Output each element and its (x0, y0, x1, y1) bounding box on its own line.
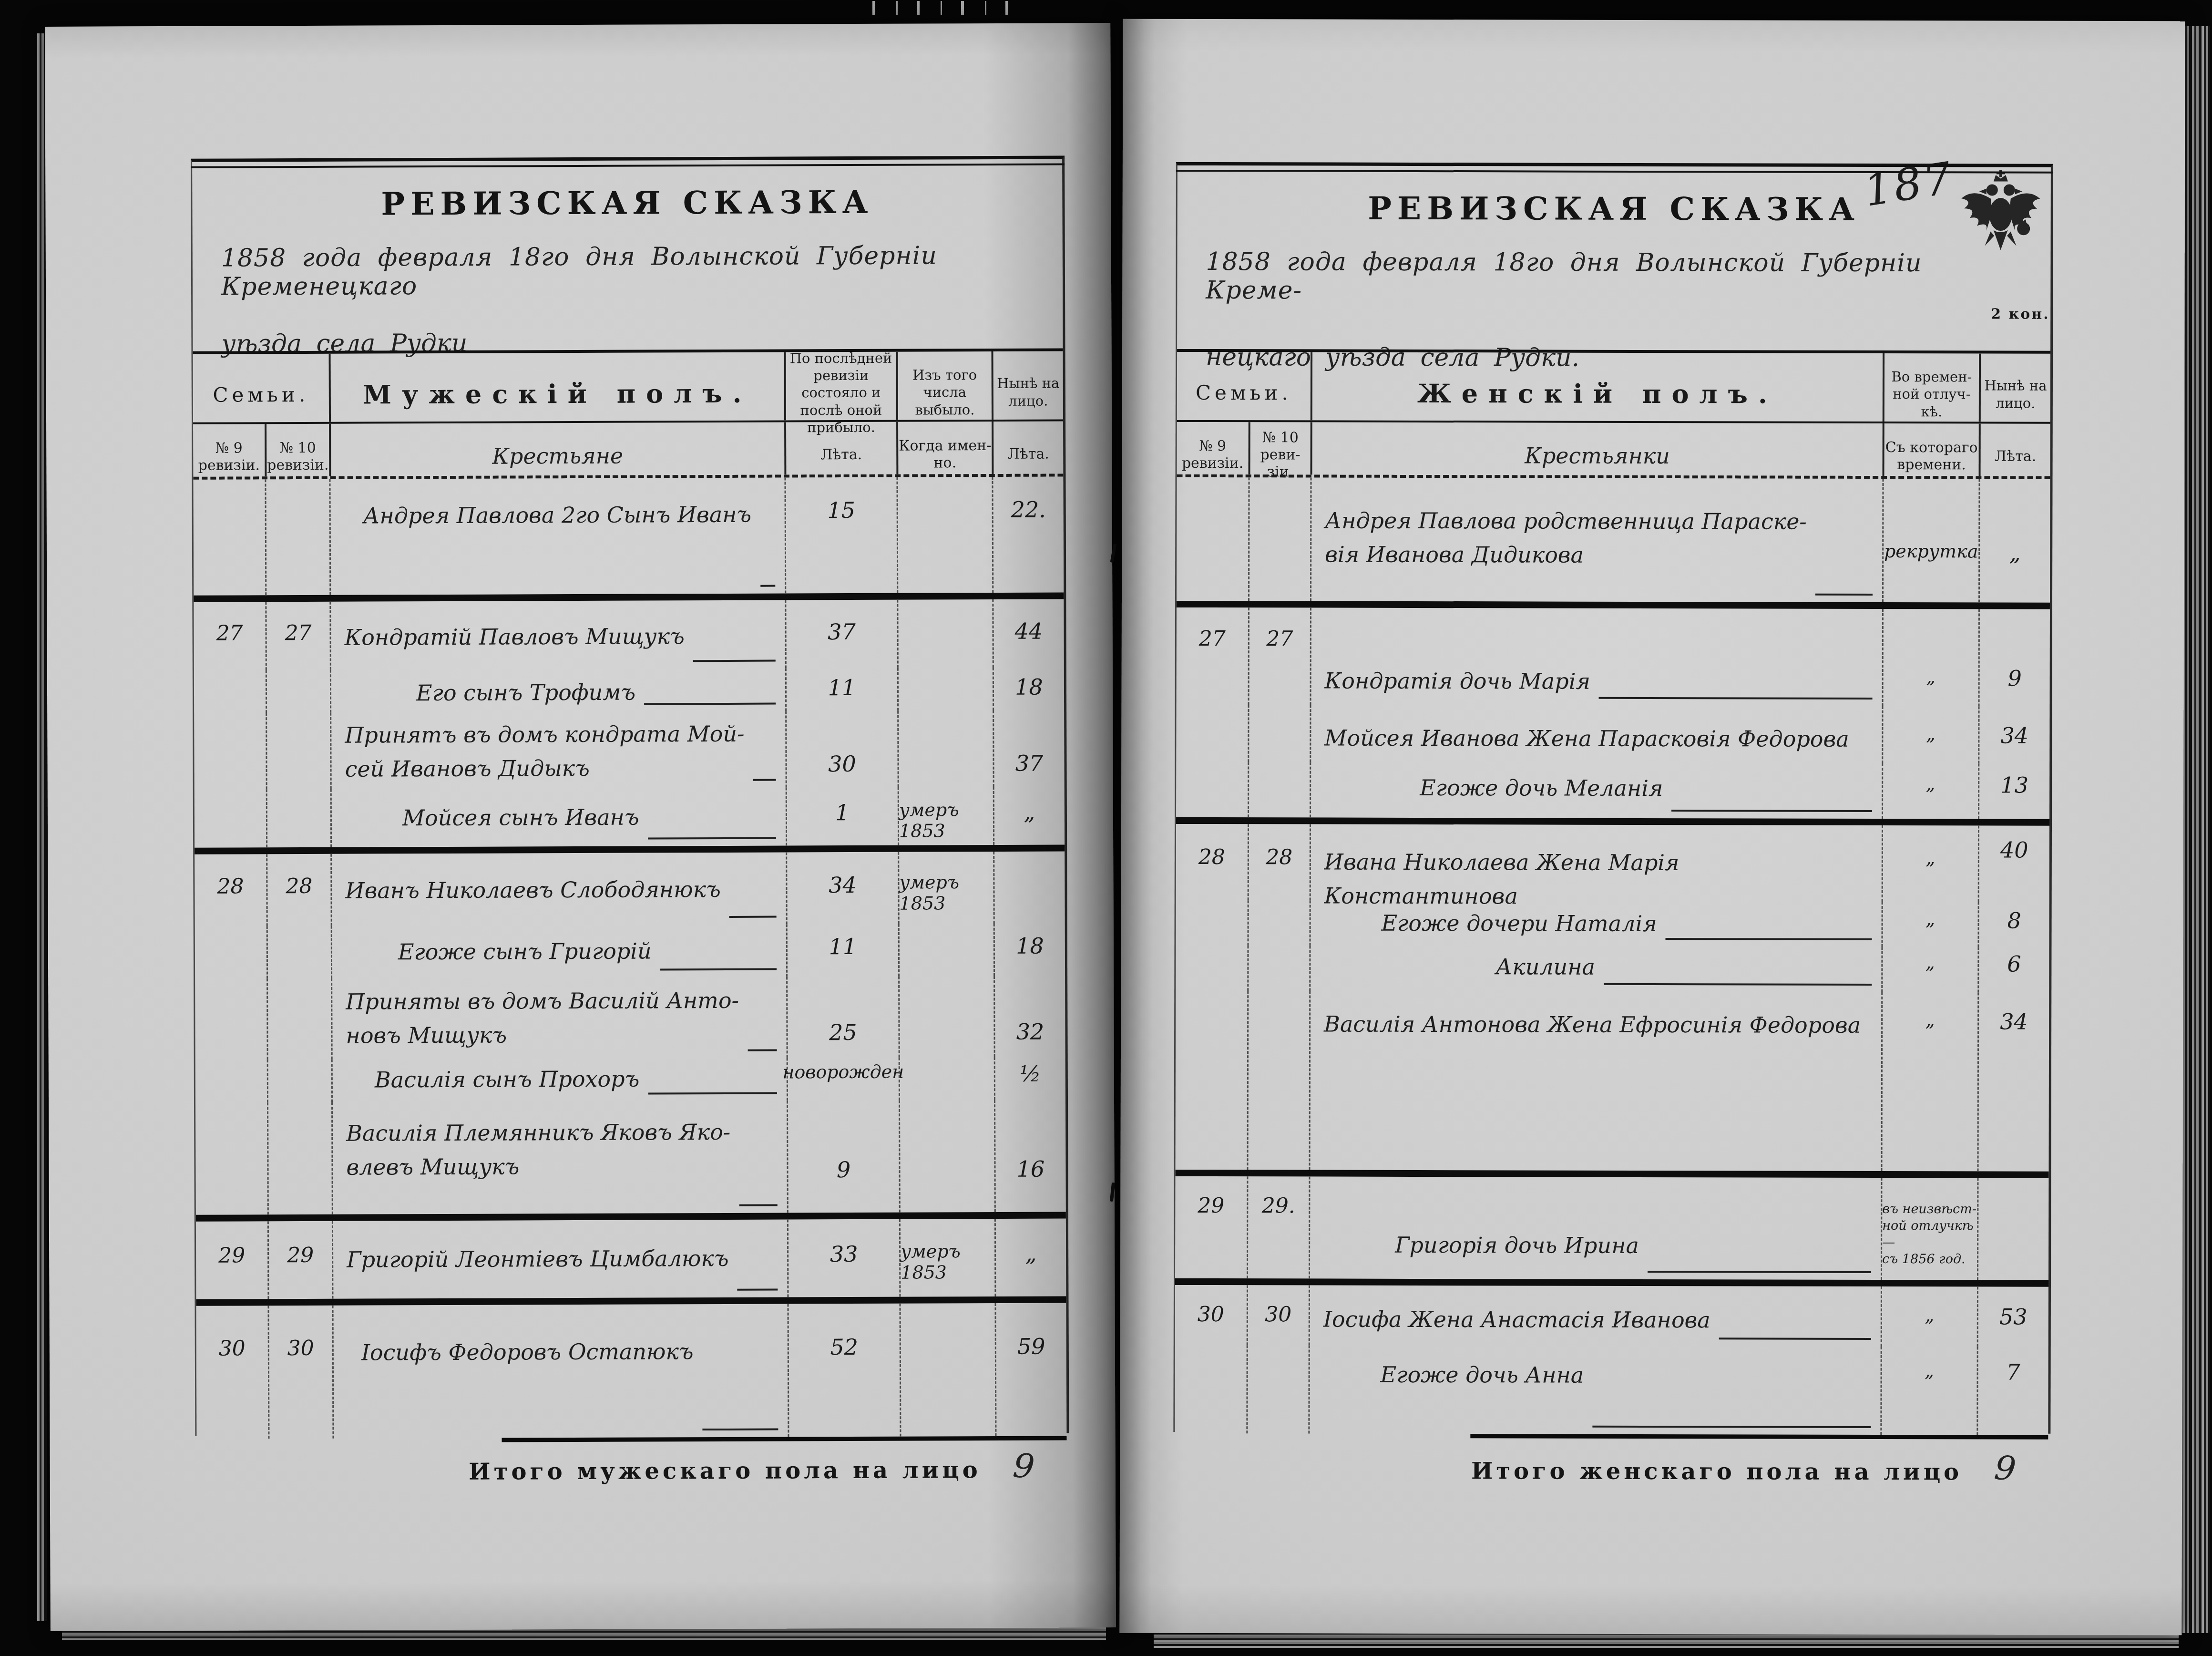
rev10-cell (266, 926, 331, 978)
header-male-sex: Мужескій полъ. (329, 352, 784, 422)
rev9-cell (1177, 477, 1249, 601)
age-now-cell: 18 (993, 667, 1064, 710)
name-cell: Василія Племянникъ Яковъ Яко- влевъ Мищу… (331, 1101, 787, 1214)
right-page-header: РЕВИЗСКАЯ СКАЗКА 1858 года февраля 18го … (1178, 165, 2051, 228)
header-rev9: № 9 реви­зіи. (193, 424, 265, 477)
register-row: Его сынъ Трофимъ 11 18 (194, 667, 1064, 713)
name-cell: Приняты въ домъ Василій Анто- новъ Мищук… (331, 977, 787, 1059)
right-page-frame: РЕВИЗСКАЯ СКАЗКА 1858 года февраля 18го … (1173, 162, 2053, 1434)
register-row: 27 27 Кондратія дочь Марія „ 9 (1177, 607, 2050, 707)
rev9-cell (1176, 900, 1247, 946)
register-row: 28 28 Ивана Николаева Жена Марія Констан… (1176, 824, 2049, 902)
name-cell: Егоже сынъ Григорій (331, 924, 786, 978)
register-row: Андрея Павлова родственница Параске- вія… (1177, 477, 2050, 603)
left-page-frame: РЕВИЗСКАЯ СКАЗКА 1858 года февраля 18го … (191, 155, 1069, 1436)
rev10-cell (266, 978, 331, 1059)
table-header-row-1: Семьи. Мужескій полъ. По послѣдней ревиз… (193, 351, 1064, 424)
name-cell: Ивана Николаева Жена Марія Константинова (1310, 824, 1882, 902)
name-cell: Василія сынъ Прохоръ (331, 1058, 787, 1102)
date-place-line-1: 1858 года февраля 18го дня Волынской Губ… (221, 241, 1044, 301)
age-now-cell: 44 (992, 599, 1064, 668)
header-family: Семьи. (193, 354, 329, 422)
underline-rule (729, 916, 777, 918)
header-since-when: Съ котораго времени. (1883, 423, 1979, 476)
rev10-cell (266, 670, 330, 713)
underline-rule (648, 1092, 777, 1095)
register-row: Егоже дочери Наталія „ 8 (1176, 900, 2049, 947)
underline-rule (1815, 594, 1873, 596)
age-prev-cell: 52 (787, 1304, 900, 1437)
since-cell: „ (1882, 763, 1978, 819)
age-now-cell: 59 (994, 1303, 1066, 1436)
male-register-table: Семьи. Мужескій полъ. По послѣдней ревиз… (193, 348, 1067, 1443)
when-cell: умеръ 1853 (898, 787, 993, 845)
rev10-cell (1247, 946, 1309, 991)
underline-rule (702, 1429, 778, 1431)
since-cell: „ (1882, 706, 1978, 763)
name-cell: Андрея Павлова 2го Сынъ Иванъ (329, 478, 785, 595)
age-prev-cell: 34 (786, 852, 898, 925)
rev9-cell: 29 (1175, 1176, 1247, 1278)
page-stack-edge-right (2182, 26, 2210, 1633)
age-cell: 53 (1977, 1286, 2048, 1347)
page-edge-fragment (853, 1, 1020, 15)
date-place-line-1: 1858 года февраля 18го дня Волынской Губ… (1206, 247, 2031, 307)
since-cell: „ (1881, 947, 1977, 992)
register-row: Егоже дочь Анна „ 7 (1175, 1345, 2048, 1435)
name-cell: Іосифъ Федоровъ Остапюкъ (332, 1304, 788, 1438)
rev10-cell (266, 713, 330, 789)
underline-rule (748, 1049, 777, 1051)
rev9-cell (195, 1102, 267, 1215)
header-peasants-label: Крестьянки (1311, 422, 1883, 476)
underline-rule (1671, 810, 1872, 812)
underline-rule (1666, 938, 1872, 940)
register-row: Мойсея Иванова Жена Парасковія Федорова … (1176, 705, 2049, 764)
register-row: Василія Племянникъ Яковъ Яко- влевъ Мищу… (195, 1100, 1066, 1214)
header-female-sex: Женскій полъ. (1311, 352, 1883, 422)
rev9-cell (1176, 762, 1248, 817)
header-age: Лѣта. (1979, 423, 2050, 476)
left-page-male: РЕВИЗСКАЯ СКАЗКА 1858 года февраля 18го … (45, 23, 1116, 1631)
rev9-cell: 28 (195, 854, 266, 926)
female-total-footer: Итого женскаго пола на лицо 9 (1175, 1447, 2048, 1488)
header-rev10: № 10 реви­зіи. (1249, 422, 1311, 474)
rev10-cell (1248, 705, 1310, 762)
register-row: Егоже сынъ Григорій 11 18 (195, 923, 1065, 978)
left-page-header: РЕВИЗСКАЯ СКАЗКА 1858 года февраля 18го … (192, 159, 1062, 223)
when-cell: умеръ 1853 (898, 852, 993, 924)
name-cell: Григорія дочь Ирина (1309, 1176, 1881, 1280)
underline-rule (1604, 983, 1872, 986)
underline-rule (739, 1204, 778, 1206)
register-row: 29 29. Григорія дочь Ирина въ неизвѣст- … (1175, 1176, 2048, 1280)
when-cell (899, 1100, 994, 1213)
rev10-cell (265, 479, 329, 595)
age-prev-cell: 37 (785, 600, 897, 669)
age-cell: „ (1978, 479, 2050, 602)
when-cell (896, 477, 992, 593)
age-now-cell: „ (994, 1218, 1066, 1296)
register-row: Приняты въ домъ Василій Анто- новъ Мищук… (195, 976, 1065, 1059)
rev9-cell (194, 713, 266, 790)
rev9-cell (1176, 946, 1247, 991)
name-cell: Егоже дочери Наталія (1309, 900, 1881, 947)
underline-rule (693, 660, 776, 662)
rev10-cell (1247, 991, 1309, 1170)
underline-rule (1592, 1426, 1871, 1428)
name-cell: Григорій Леонтіевъ Цимбалюкъ (332, 1219, 788, 1298)
age-cell: 34 (1978, 706, 2049, 763)
age-cell: 7 (1976, 1347, 2048, 1435)
register-row: Андрея Павлова 2го Сынъ Иванъ 15 22. (193, 476, 1064, 595)
rev10-cell (1246, 1345, 1308, 1433)
since-cell: „ (1882, 609, 1978, 706)
register-row: 29 29 Григорій Леонтіевъ Цимбалюкъ 33 ум… (196, 1218, 1066, 1299)
name-cell: Іосифа Жена Анастасія Иванова (1309, 1285, 1881, 1347)
rev9-cell (1176, 705, 1248, 762)
header-age: Лѣта. (784, 422, 896, 475)
since-cell: рекрутка (1882, 479, 1979, 602)
underline-rule (760, 585, 775, 587)
rev9-cell: 30 (1175, 1285, 1247, 1345)
when-cell (897, 599, 992, 668)
header-present: Нынѣ на лицо. (992, 351, 1063, 420)
rev9-cell (1175, 991, 1247, 1170)
rev9-cell (195, 789, 266, 848)
male-total-footer: Итого мужескаго пола на лицо 9 (197, 1446, 1067, 1488)
total-value: 9 (979, 1442, 1068, 1490)
rev10-cell: 30 (267, 1306, 332, 1439)
header-peasants-label: Крестьяне (329, 422, 784, 476)
age-now-cell: 32 (993, 976, 1065, 1057)
rev9-cell: 27 (194, 602, 265, 670)
name-cell: Принятъ въ домъ кондрата Мой- сей Иванов… (330, 711, 786, 789)
age-prev-cell: 11 (786, 924, 898, 977)
table-header-row-2: № 9 реви­зіи. № 10 реви­зіи. Крестьянки … (1177, 422, 2050, 479)
age-now-cell: „ (993, 786, 1065, 845)
table-header-row-2: № 9 реви­зіи. № 10 реви­зіи. Крестьяне Л… (193, 421, 1063, 479)
since-cell: въ неизвѣст- ной отлучкѣ — съ 1856 год. (1881, 1178, 1977, 1280)
header-when-exactly: Когда имен­но. (896, 422, 992, 474)
rev10-cell: 30 (1247, 1285, 1309, 1345)
name-cell: Андрея Павлова родственница Параске- вія… (1310, 477, 1883, 602)
female-register-table: Семьи. Женскій полъ. Во времен­ной отлуч… (1175, 349, 2050, 1440)
age-now-cell: 16 (994, 1100, 1066, 1212)
scanned-book-spread: РЕВИЗСКАЯ СКАЗКА 1858 года февраля 18го … (0, 0, 2212, 1656)
rev10-cell: 28 (1248, 824, 1310, 900)
rev9-cell: 29 (196, 1221, 268, 1299)
when-cell (899, 1303, 995, 1437)
name-cell: Кондратій Павловъ Мищукъ (329, 600, 785, 670)
rev9-cell (195, 1059, 267, 1103)
register-row: Мойсея сынъ Иванъ 1 умеръ 1853 „ (195, 786, 1065, 847)
when-cell (899, 1057, 994, 1101)
since-cell: „ (1881, 1286, 1977, 1347)
name-cell: Егоже дочь Меланія (1310, 762, 1882, 819)
document-title: РЕВИЗСКАЯ СКАЗКА (192, 183, 1062, 223)
rev10-cell (266, 789, 330, 847)
name-cell: Акилина (1309, 946, 1881, 992)
underline-rule (737, 1289, 778, 1291)
rev9-cell: 30 (196, 1306, 268, 1439)
age-cell: 8 (1977, 902, 2049, 947)
age-prev-cell: 15 (784, 477, 897, 594)
rev10-cell (267, 1059, 331, 1102)
when-cell (898, 976, 994, 1058)
document-title: РЕВИЗСКАЯ СКАЗКА (1178, 189, 2051, 228)
name-cell: Иванъ Николаевъ Слободянюкъ (330, 852, 786, 926)
name-cell: Егоже дочь Анна (1308, 1345, 1880, 1435)
rev9-cell (1175, 1345, 1246, 1433)
rev9-cell: 28 (1176, 824, 1248, 900)
since-cell: „ (1880, 1347, 1976, 1435)
when-cell (897, 710, 993, 787)
register-row: Акилина „ 6 (1176, 946, 2049, 993)
register-row: 30 30 Іосифа Жена Анастасія Иванова „ 53 (1175, 1285, 2048, 1347)
name-cell: Мойсея Иванова Жена Парасковія Федорова (1310, 705, 1882, 763)
register-row: Егоже дочь Меланія „ 13 (1176, 762, 2049, 819)
rev10-cell (1248, 477, 1311, 601)
when-cell (897, 668, 993, 711)
rev10-cell: 28 (266, 854, 331, 926)
rev9-cell (194, 670, 266, 713)
register-row: Принятъ въ домъ кондрата Мой- сей Иванов… (194, 710, 1065, 789)
age-cell: 40 (1978, 825, 2049, 902)
age-now-cell: 37 (993, 710, 1065, 787)
rev10-cell (267, 1102, 332, 1214)
rev10-cell: 29 (267, 1221, 332, 1299)
rev10-cell: 27 (1248, 607, 1310, 705)
header-family: Семьи. (1177, 352, 1311, 421)
age-cell: 34 (1977, 992, 2049, 1171)
age-cell: 13 (1978, 763, 2049, 819)
total-label: Итого мужескаго пола на лицо (469, 1457, 981, 1485)
name-cell: Василія Антонова Жена Ефросинія Федорова (1309, 991, 1881, 1171)
age-prev-cell: 1 (786, 787, 898, 846)
underline-rule (660, 968, 777, 971)
since-cell: „ (1881, 992, 1977, 1171)
register-row: 28 28 Иванъ Николаевъ Слободянюкъ 34 уме… (195, 851, 1065, 926)
header-present: Нынѣ на лицо. (1979, 353, 2050, 422)
underline-rule (648, 837, 776, 840)
age-prev-cell: 33 (787, 1219, 900, 1297)
age-now-cell (993, 851, 1065, 924)
name-cell: Кондратія дочь Марія (1310, 607, 1882, 706)
age-cell: 9 (1978, 609, 2050, 706)
age-prev-cell: 9 (787, 1101, 899, 1213)
age-prev-cell: 25 (786, 977, 899, 1058)
total-value: 9 (1960, 1444, 2050, 1492)
age-prev-cell: 30 (785, 711, 898, 788)
register-row: Василія сынъ Прохоръ новорожден ½ (195, 1057, 1065, 1102)
underline-rule (1599, 697, 1873, 699)
right-page-female: 187 2 кон. РЕВИЗСКАЯ СКАЗКА 1858 года фе… (1119, 19, 2185, 1635)
rev10-cell: 29. (1247, 1176, 1309, 1278)
name-cell: Его сынъ Трофимъ (330, 668, 785, 712)
age-now-cell: 22. (992, 476, 1064, 593)
header-temporary-absence: Во времен­ной отлуч­кѣ. (1883, 353, 1979, 422)
age-prev-cell: 11 (785, 668, 897, 711)
when-cell (898, 924, 993, 977)
underline-rule (1648, 1271, 1871, 1273)
rev9-cell: 27 (1177, 607, 1248, 705)
underline-rule (644, 703, 776, 705)
header-departed: Изъ того числа выбыло. (896, 351, 992, 420)
register-row: 27 27 Кондратій Павловъ Мищукъ 37 44 (194, 599, 1064, 670)
header-age-now: Лѣта. (992, 421, 1063, 474)
header-rev10: № 10 реви­зіи. (265, 424, 329, 476)
underline-rule (753, 779, 776, 781)
age-cell (1977, 1178, 2048, 1280)
header-prev-revision: По послѣдней ревизіи состояло и послѣ он… (784, 352, 896, 421)
register-row: Василія Антонова Жена Ефросинія Федорова… (1175, 991, 2049, 1172)
rev10-cell (1248, 762, 1310, 817)
table-header-row-1: Семьи. Женскій полъ. Во времен­ной отлуч… (1177, 352, 2050, 424)
rev10-cell (1247, 900, 1309, 946)
rev9-cell (195, 978, 267, 1060)
rev9-cell (195, 926, 266, 979)
total-label: Итого женскаго пола на лицо (1471, 1458, 1962, 1485)
age-now-cell: 18 (993, 923, 1065, 976)
since-cell: „ (1882, 825, 1978, 902)
rev9-cell (193, 479, 265, 596)
age-cell: 6 (1977, 947, 2049, 992)
age-prev-cell: новорожден (787, 1058, 899, 1101)
age-now-cell: ½ (994, 1057, 1065, 1100)
name-cell: Мойсея сынъ Иванъ (330, 787, 786, 847)
register-row: 30 30 Іосифъ Федоровъ Остапюкъ 52 59 (196, 1303, 1067, 1439)
when-cell: умеръ 1853 (899, 1219, 995, 1297)
header-rev9: № 9 реви­зіи. (1177, 422, 1249, 474)
underline-rule (1719, 1337, 1871, 1340)
rev10-cell: 27 (265, 602, 329, 670)
since-cell: „ (1881, 902, 1977, 947)
